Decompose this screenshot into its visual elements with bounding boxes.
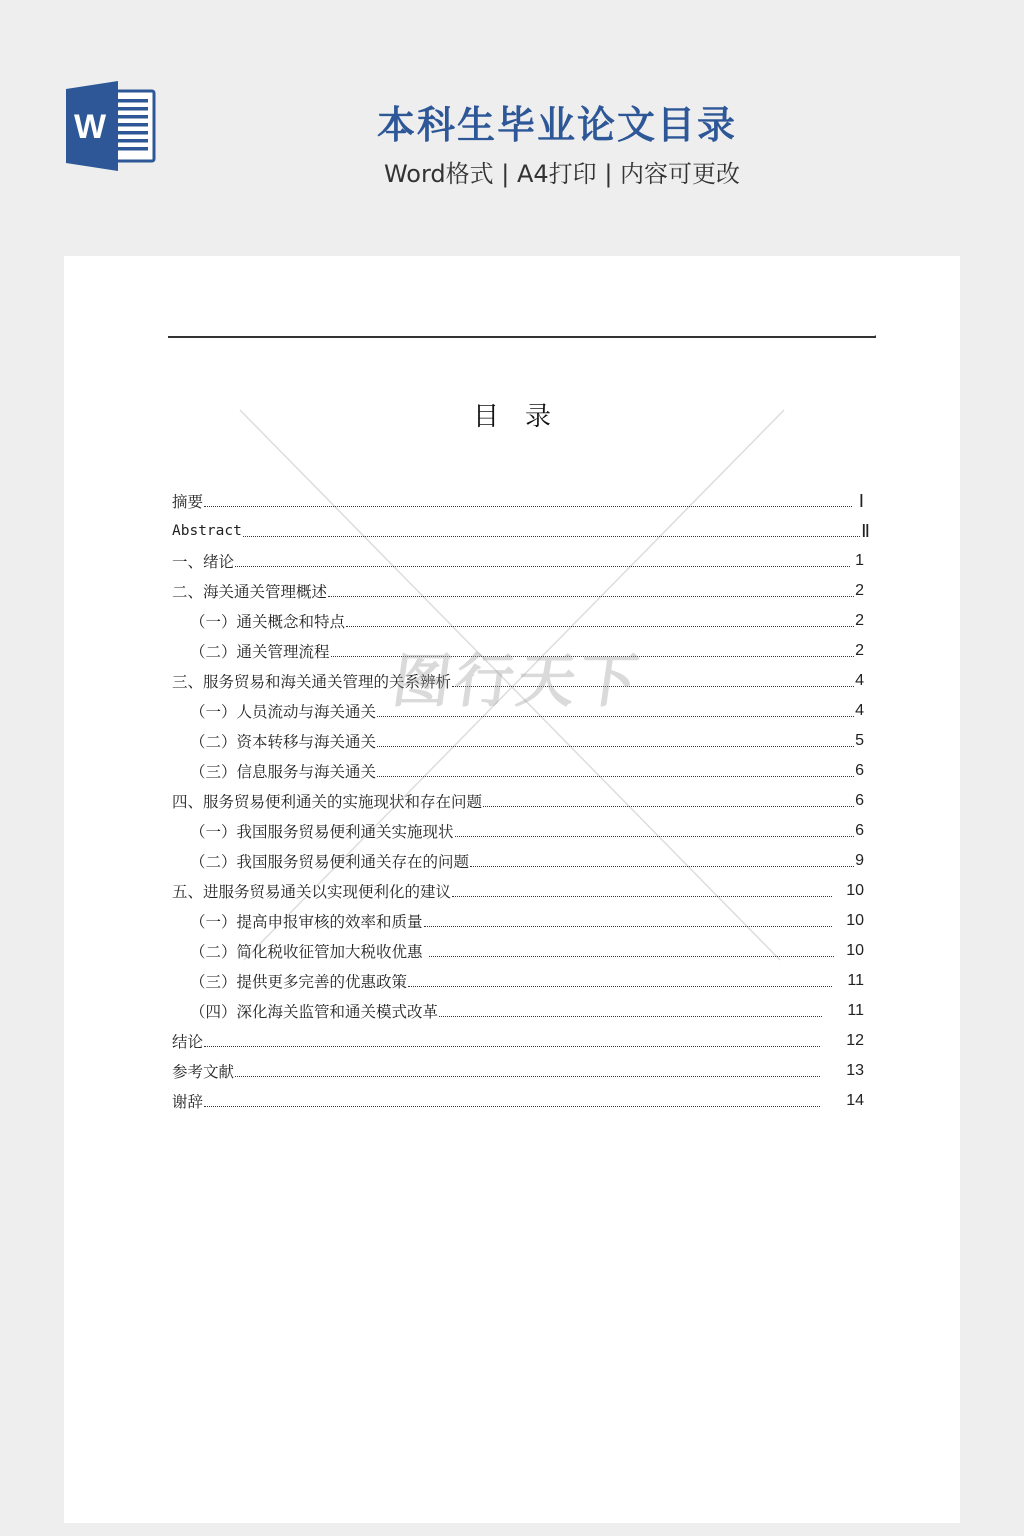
- toc-entry[interactable]: 一、绪论 1: [172, 546, 872, 576]
- toc-entry[interactable]: （二）我国服务贸易便利通关存在的问题 9: [172, 846, 872, 876]
- toc-entry[interactable]: （一）提高申报审核的效率和质量 10: [172, 906, 872, 936]
- dot-leader: [204, 1046, 820, 1047]
- toc-entry-label: 四、服务贸易便利通关的实施现状和存在问题: [172, 790, 482, 812]
- dot-leader: [377, 746, 854, 747]
- watermark-text: 图行天下: [388, 634, 640, 718]
- toc-entry-label: 参考文献: [172, 1060, 234, 1082]
- toc-entry-label: 五、进服务贸易通关以实现便利化的建议: [172, 880, 451, 902]
- toc-entry-page: Ⅱ: [861, 521, 870, 542]
- toc-entry-label: （三）提供更多完善的优惠政策: [172, 970, 407, 992]
- toc-entry-page: Ⅰ: [859, 491, 864, 512]
- toc-entry-page: 10: [846, 882, 864, 900]
- dot-leader: [243, 536, 860, 537]
- toc-entry[interactable]: 二、海关通关管理概述 2: [172, 576, 872, 606]
- toc-entry-page: 2: [855, 582, 864, 600]
- dot-leader: [235, 1076, 820, 1077]
- dot-leader: [408, 986, 832, 987]
- toc-entry-page: 2: [855, 642, 864, 660]
- dot-leader: [470, 866, 854, 867]
- toc-title: 目 录: [64, 396, 960, 433]
- toc-entry-label: 结论: [172, 1030, 203, 1052]
- toc-entry-label: （二）资本转移与海关通关: [172, 730, 376, 752]
- dot-leader: [429, 956, 834, 957]
- toc-entry-page: 6: [855, 792, 864, 810]
- toc-entry-label: （四）深化海关监管和通关模式改革: [172, 1000, 438, 1022]
- dot-leader: [483, 806, 854, 807]
- toc-entry-page: 13: [846, 1062, 864, 1080]
- toc-entry-label: （二）简化税收征管加大税收优惠: [172, 940, 423, 962]
- toc-entry-label: 一、绪论: [172, 550, 234, 572]
- toc-entry-label: 谢辞: [172, 1090, 203, 1112]
- header-mark: .: [874, 329, 877, 338]
- toc-entry[interactable]: 参考文献 13: [172, 1056, 872, 1086]
- toc-entry-page: 10: [846, 912, 864, 930]
- dot-leader: [204, 1106, 820, 1107]
- toc-entry-page: 1: [855, 552, 864, 570]
- dot-leader: [328, 596, 854, 597]
- toc-entry[interactable]: （一）通关概念和特点 2: [172, 606, 872, 636]
- dot-leader: [452, 896, 832, 897]
- toc-entry[interactable]: Abstract Ⅱ: [172, 516, 872, 546]
- toc-entry[interactable]: 四、服务贸易便利通关的实施现状和存在问题 6: [172, 786, 872, 816]
- toc-entry-label: （一）通关概念和特点: [172, 610, 345, 632]
- dot-leader: [204, 506, 852, 507]
- toc-entry-page: 14: [846, 1092, 864, 1110]
- toc-entry-label: （二）我国服务贸易便利通关存在的问题: [172, 850, 469, 872]
- toc-entry[interactable]: （三）提供更多完善的优惠政策 11: [172, 966, 872, 996]
- toc-entry-label: （三）信息服务与海关通关: [172, 760, 376, 782]
- toc-entry-label: （一）人员流动与海关通关: [172, 700, 376, 722]
- toc-entry-page: 6: [855, 822, 864, 840]
- dot-leader: [346, 626, 854, 627]
- toc-entry-page: 12: [846, 1032, 864, 1050]
- dot-leader: [439, 1016, 822, 1017]
- toc-entry-label: （一）提高申报审核的效率和质量: [172, 910, 423, 932]
- toc-entry[interactable]: （四）深化海关监管和通关模式改革 11: [172, 996, 872, 1026]
- toc-entry[interactable]: 摘要 Ⅰ: [172, 486, 872, 516]
- toc-entry-label: Abstract: [172, 523, 242, 539]
- toc-entry-page: 11: [846, 972, 864, 990]
- toc-entry-page: 6: [855, 762, 864, 780]
- toc-entry[interactable]: （三）信息服务与海关通关 6: [172, 756, 872, 786]
- dot-leader: [235, 566, 850, 567]
- dot-leader: [424, 926, 832, 927]
- toc-entry-page: 2: [855, 612, 864, 630]
- dot-leader: [377, 776, 854, 777]
- dot-leader: [455, 836, 855, 837]
- toc-entry[interactable]: 结论 12: [172, 1026, 872, 1056]
- toc-entry[interactable]: 五、进服务贸易通关以实现便利化的建议 10: [172, 876, 872, 906]
- page-title: 本科生毕业论文目录: [0, 94, 1024, 149]
- toc-entry-page: 4: [855, 672, 864, 690]
- page-subtitle: Word格式 | A4打印 | 内容可更改: [0, 154, 1024, 189]
- table-of-contents: 摘要 Ⅰ Abstract Ⅱ 一、绪论 1 二、海关通关管理概述 2 （一）通…: [172, 486, 872, 1116]
- toc-entry[interactable]: （一）我国服务贸易便利通关实施现状 6: [172, 816, 872, 846]
- toc-entry-label: （二）通关管理流程: [172, 640, 330, 662]
- toc-entry-page: 9: [855, 852, 864, 870]
- toc-entry[interactable]: 谢辞 14: [172, 1086, 872, 1116]
- header-rule: [168, 336, 876, 338]
- toc-entry-label: 二、海关通关管理概述: [172, 580, 327, 602]
- document-page: . 目 录 摘要 Ⅰ Abstract Ⅱ 一、绪论 1 二、海关通关管理概述 …: [64, 256, 960, 1523]
- toc-entry-label: 摘要: [172, 490, 203, 512]
- toc-entry-page: 4: [855, 702, 864, 720]
- toc-entry-page: 11: [846, 1002, 864, 1020]
- toc-entry[interactable]: （二）简化税收征管加大税收优惠 10: [172, 936, 872, 966]
- toc-entry[interactable]: （二）资本转移与海关通关 5: [172, 726, 872, 756]
- toc-entry-page: 5: [855, 732, 864, 750]
- toc-entry-page: 10: [846, 942, 864, 960]
- toc-entry-label: （一）我国服务贸易便利通关实施现状: [172, 820, 454, 842]
